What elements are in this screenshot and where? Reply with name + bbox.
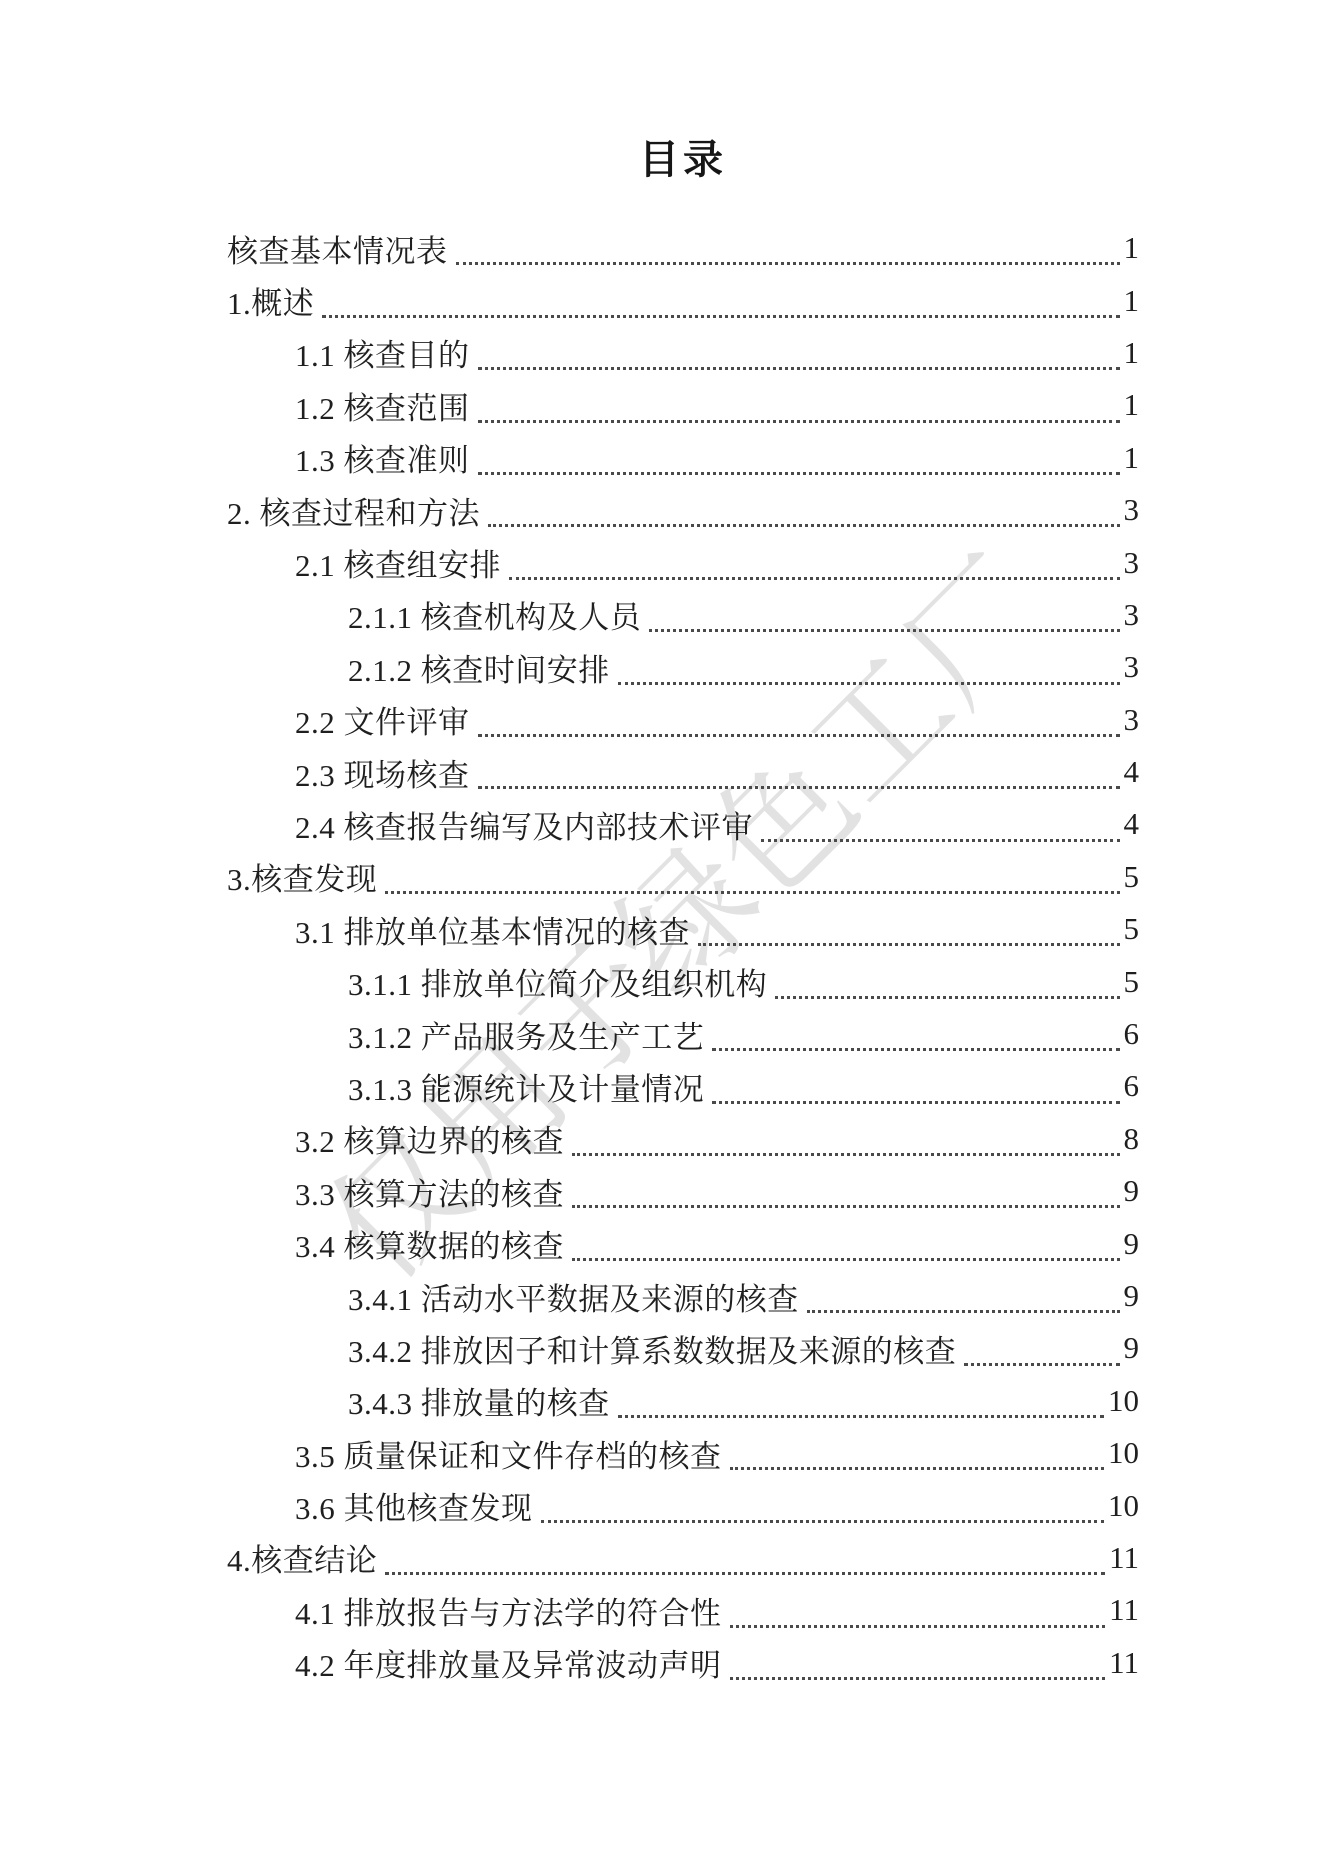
toc-entry-label: 2.1 核查组安排 <box>295 540 501 585</box>
toc-entry: 1.1 核查目的 1 <box>227 327 1139 379</box>
toc-entry: 3.2 核算边界的核查 8 <box>227 1113 1139 1165</box>
toc-dot-leader <box>730 1664 1106 1680</box>
toc-entry-label: 3.1.3 能源统计及计量情况 <box>348 1064 704 1109</box>
toc-entry-label: 2.4 核查报告编写及内部技术评审 <box>295 802 753 847</box>
toc-dot-leader <box>385 878 1119 894</box>
toc-page-number: 6 <box>1124 1016 1140 1052</box>
toc-page-number: 1 <box>1124 335 1140 371</box>
toc-entry-label: 3.核查发现 <box>227 854 377 899</box>
toc-entry-label: 1.概述 <box>227 278 314 323</box>
toc-page-number: 1 <box>1124 230 1140 266</box>
toc-entry-label: 3.4.2 排放因子和计算系数数据及来源的核查 <box>348 1326 956 1371</box>
toc-entry: 3.4.1 活动水平数据及来源的核查 9 <box>227 1270 1139 1322</box>
toc-entry: 2.3 现场核查 4 <box>227 746 1139 798</box>
toc-page-number: 6 <box>1124 1068 1140 1104</box>
toc-dot-leader <box>478 773 1120 789</box>
toc-page-number: 1 <box>1124 283 1140 319</box>
toc-dot-leader <box>712 1088 1119 1104</box>
toc-entry: 3.6 其他核查发现 10 <box>227 1479 1139 1531</box>
toc-page-number: 3 <box>1124 545 1140 581</box>
toc-entry-label: 3.1.2 产品服务及生产工艺 <box>348 1012 704 1057</box>
toc-dot-leader <box>456 249 1120 265</box>
toc-page-number: 1 <box>1124 440 1140 476</box>
page-content: 目录 核查基本情况表 1 1.概述 1 1.1 核查目的 1 1.2 核查范围 … <box>0 0 1322 1689</box>
toc-entry-label: 3.2 核算边界的核查 <box>295 1116 564 1161</box>
toc-page-number: 5 <box>1124 964 1140 1000</box>
toc-entry: 3.1.3 能源统计及计量情况 6 <box>227 1060 1139 1112</box>
toc-entry: 3.1.2 产品服务及生产工艺 6 <box>227 1008 1139 1060</box>
toc-entry-label: 1.1 核查目的 <box>295 330 470 375</box>
toc-entry: 4.核查结论 11 <box>227 1532 1139 1584</box>
toc-page-number: 10 <box>1108 1435 1139 1471</box>
toc-dot-leader <box>478 407 1120 423</box>
toc-dot-leader <box>541 1507 1105 1523</box>
toc-dot-leader <box>478 354 1120 370</box>
toc-entry: 3.5 质量保证和文件存档的核查 10 <box>227 1427 1139 1479</box>
toc-dot-leader <box>649 616 1119 632</box>
toc-page-number: 3 <box>1124 597 1140 633</box>
toc-entry: 4.2 年度排放量及异常波动声明 11 <box>227 1637 1139 1689</box>
toc-page-number: 3 <box>1124 492 1140 528</box>
toc-entry-label: 3.4.1 活动水平数据及来源的核查 <box>348 1274 799 1319</box>
toc-entry: 2. 核查过程和方法 3 <box>227 484 1139 536</box>
toc-dot-leader <box>572 1245 1120 1261</box>
toc-dot-leader <box>618 1402 1104 1418</box>
toc-entry-label: 3.1.1 排放单位简介及组织机构 <box>348 959 767 1004</box>
toc-dot-leader <box>730 1612 1106 1628</box>
toc-dot-leader <box>730 1454 1105 1470</box>
toc-page-number: 3 <box>1124 649 1140 685</box>
toc-page-number: 9 <box>1124 1330 1140 1366</box>
toc-entry: 1.3 核查准则 1 <box>227 432 1139 484</box>
toc-page-number: 5 <box>1124 911 1140 947</box>
toc-entry: 1.2 核查范围 1 <box>227 379 1139 431</box>
toc-entry-label: 2.2 文件评审 <box>295 697 470 742</box>
toc-entry-label: 2.1.1 核查机构及人员 <box>348 592 641 637</box>
toc-page-number: 9 <box>1124 1278 1140 1314</box>
toc-dot-leader <box>322 302 1119 318</box>
toc-entry: 2.2 文件评审 3 <box>227 694 1139 746</box>
toc-entry-label: 4.2 年度排放量及异常波动声明 <box>295 1640 722 1685</box>
toc-entry: 1.概述 1 <box>227 274 1139 326</box>
toc-dot-leader <box>775 983 1119 999</box>
toc-entry-label: 3.5 质量保证和文件存档的核查 <box>295 1431 722 1476</box>
toc-entry: 3.核查发现 5 <box>227 851 1139 903</box>
toc-entry: 2.1.2 核查时间安排 3 <box>227 641 1139 693</box>
table-of-contents: 核查基本情况表 1 1.概述 1 1.1 核查目的 1 1.2 核查范围 1 1… <box>227 222 1139 1689</box>
toc-dot-leader <box>385 1559 1105 1575</box>
toc-dot-leader <box>509 564 1120 580</box>
toc-entry-label: 2. 核查过程和方法 <box>227 488 480 533</box>
toc-entry-label: 2.1.2 核查时间安排 <box>348 645 610 690</box>
toc-entry: 2.1.1 核查机构及人员 3 <box>227 589 1139 641</box>
toc-entry-label: 1.2 核查范围 <box>295 383 470 428</box>
toc-entry-label: 3.3 核算方法的核查 <box>295 1169 564 1214</box>
document-page: 仅用于绿色工厂 目录 核查基本情况表 1 1.概述 1 1.1 核查目的 1 1… <box>0 0 1322 1870</box>
toc-entry: 3.3 核算方法的核查 9 <box>227 1165 1139 1217</box>
toc-dot-leader <box>488 511 1120 527</box>
toc-entry-label: 3.6 其他核查发现 <box>295 1483 533 1528</box>
toc-entry-label: 2.3 现场核查 <box>295 750 470 795</box>
toc-dot-leader <box>478 459 1120 475</box>
toc-page-number: 11 <box>1109 1540 1139 1576</box>
page-title: 目录 <box>227 0 1139 182</box>
toc-dot-leader <box>572 1192 1120 1208</box>
toc-entry-label: 3.1 排放单位基本情况的核查 <box>295 907 690 952</box>
toc-page-number: 4 <box>1124 806 1140 842</box>
toc-entry-label: 3.4 核算数据的核查 <box>295 1221 564 1266</box>
toc-entry: 3.1 排放单位基本情况的核查 5 <box>227 903 1139 955</box>
toc-page-number: 4 <box>1124 754 1140 790</box>
toc-dot-leader <box>478 721 1120 737</box>
toc-page-number: 3 <box>1124 702 1140 738</box>
toc-page-number: 11 <box>1109 1592 1139 1628</box>
toc-entry: 核查基本情况表 1 <box>227 222 1139 274</box>
toc-entry: 2.1 核查组安排 3 <box>227 536 1139 588</box>
toc-entry: 3.4.2 排放因子和计算系数数据及来源的核查 9 <box>227 1322 1139 1374</box>
toc-entry-label: 4.核查结论 <box>227 1535 377 1580</box>
toc-dot-leader <box>618 669 1120 685</box>
toc-dot-leader <box>964 1350 1119 1366</box>
toc-page-number: 9 <box>1124 1173 1140 1209</box>
toc-entry: 3.1.1 排放单位简介及组织机构 5 <box>227 955 1139 1007</box>
toc-entry-label: 4.1 排放报告与方法学的符合性 <box>295 1588 722 1633</box>
toc-entry: 4.1 排放报告与方法学的符合性 11 <box>227 1584 1139 1636</box>
toc-page-number: 11 <box>1109 1645 1139 1681</box>
toc-page-number: 5 <box>1124 859 1140 895</box>
toc-entry-label: 3.4.3 排放量的核查 <box>348 1378 610 1423</box>
toc-dot-leader <box>712 1035 1119 1051</box>
toc-page-number: 1 <box>1124 387 1140 423</box>
toc-dot-leader <box>698 930 1120 946</box>
toc-page-number: 10 <box>1108 1488 1139 1524</box>
toc-page-number: 9 <box>1124 1226 1140 1262</box>
toc-page-number: 8 <box>1124 1121 1140 1157</box>
toc-dot-leader <box>807 1297 1120 1313</box>
toc-entry-label: 1.3 核查准则 <box>295 435 470 480</box>
toc-dot-leader <box>761 826 1120 842</box>
toc-entry: 2.4 核查报告编写及内部技术评审 4 <box>227 798 1139 850</box>
toc-entry-label: 核查基本情况表 <box>227 226 448 271</box>
toc-entry: 3.4 核算数据的核查 9 <box>227 1217 1139 1269</box>
toc-page-number: 10 <box>1108 1383 1139 1419</box>
toc-entry: 3.4.3 排放量的核查 10 <box>227 1375 1139 1427</box>
toc-dot-leader <box>572 1140 1120 1156</box>
